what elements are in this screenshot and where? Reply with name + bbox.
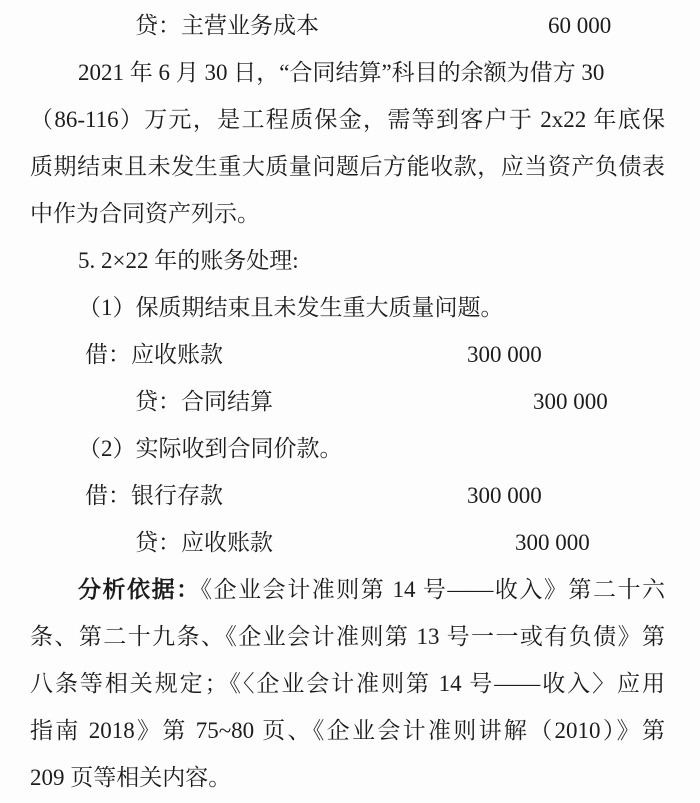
debit-entry-line: 借：应收账款 300 000 xyxy=(30,331,665,378)
analysis-basis-text: 《企业会计准则第 14 号——收入》第二十六 xyxy=(201,577,665,602)
entry-account-label: 贷：合同结算 xyxy=(135,389,273,414)
paragraph-line: 中作为合同资产列示。 xyxy=(30,190,665,237)
credit-entry-line: 贷：应收账款 300 000 xyxy=(30,519,665,566)
paragraph-line: 质期结束且未发生重大质量问题后方能收款，应当资产负债表 xyxy=(30,143,665,190)
credit-entry-line: 贷：主营业务成本 60 000 xyxy=(30,2,665,49)
entry-amount: 300 000 xyxy=(467,472,542,519)
analysis-basis-label: 分析依据： xyxy=(78,577,201,602)
paragraph-line: 209 页等相关内容。 xyxy=(30,754,665,801)
sub-heading: （1）保质期结束且未发生重大质量问题。 xyxy=(30,284,665,331)
entry-account-label: 贷：主营业务成本 xyxy=(135,13,319,38)
entry-amount: 60 000 xyxy=(548,2,611,49)
sub-heading: （2）实际收到合同价款。 xyxy=(30,425,665,472)
paragraph-line: 指南 2018》第 75~80 页、《企业会计准则讲解（2010）》第 xyxy=(30,707,665,754)
credit-entry-line: 贷：合同结算 300 000 xyxy=(30,378,665,425)
section-heading: 5. 2×22 年的账务处理: xyxy=(30,237,665,284)
entry-account-label: 借：应收账款 xyxy=(85,342,223,367)
paragraph-line: 条、第二十九条、《企业会计准则第 13 号一一或有负债》第 xyxy=(30,613,665,660)
entry-account-label: 借：银行存款 xyxy=(85,483,223,508)
entry-amount: 300 000 xyxy=(533,378,608,425)
paragraph-line: （86-116）万元，是工程质保金，需等到客户于 2x22 年底保 xyxy=(30,96,665,143)
document-page: 贷：主营业务成本 60 000 2021 年 6 月 30 日，“合同结算”科目… xyxy=(0,0,700,803)
paragraph-line: 2021 年 6 月 30 日，“合同结算”科目的余额为借方 30 xyxy=(30,49,665,96)
entry-amount: 300 000 xyxy=(467,331,542,378)
entry-amount: 300 000 xyxy=(515,519,590,566)
paragraph-line: 八条等相关规定；《〈企业会计准则第 14 号——收入〉应用 xyxy=(30,660,665,707)
entry-account-label: 贷：应收账款 xyxy=(135,530,273,555)
analysis-basis-line: 分析依据：《企业会计准则第 14 号——收入》第二十六 xyxy=(30,566,665,613)
debit-entry-line: 借：银行存款 300 000 xyxy=(30,472,665,519)
